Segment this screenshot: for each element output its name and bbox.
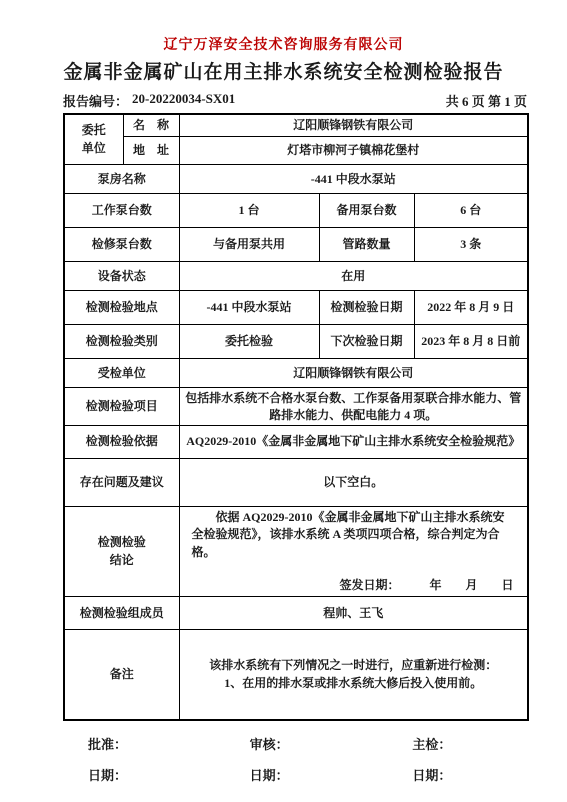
table-row: 受检单位 辽阳顺锋钢铁有限公司 [64,359,528,388]
company-name: 辽宁万泽安全技术咨询服务有限公司 [0,34,567,54]
inspection-basis-value: AQ2029-2010《金属非金属地下矿山主排水系统安全检验规范》 [179,425,528,458]
table-row: 委托 单位 名 称 辽阳顺锋钢铁有限公司 [64,114,528,137]
report-number: 报告编号： 20-20220034-SX01 [63,91,235,110]
pipelines-value: 3 条 [414,228,528,262]
next-inspection-date-value: 2023 年 8 月 8 日前 [414,325,528,359]
inspection-type-value: 委托检验 [179,325,319,359]
pump-house-value: -441 中段水泵站 [179,165,528,194]
conclusion-label: 检测检验 结论 [64,506,179,597]
table-row: 泵房名称 -441 中段水泵站 [64,165,528,194]
working-pumps-label: 工作泵台数 [64,194,179,228]
inspection-items-value: 包括排水系统不合格水泵台数、工作泵备用泵联合排水能力、管路排水能力、供配电能力 … [179,388,528,425]
working-pumps-value: 1 台 [179,194,319,228]
review-label: 审核： [218,734,373,753]
report-number-value: 20-20220034-SX01 [132,91,235,110]
client-name-label: 名 称 [123,114,179,137]
approve-date-label: 日期： [63,765,218,784]
table-row: 检测检验地点 -441 中段水泵站 检测检验日期 2022 年 8 月 9 日 [64,291,528,325]
remarks-value: 该排水系统有下列情况之一时进行，应重新进行检测： 1、在用的排水泵或排水系统大修… [179,630,528,720]
inspection-place-value: -441 中段水泵站 [179,291,319,325]
table-row: 检测检验依据 AQ2029-2010《金属非金属地下矿山主排水系统安全检验规范》 [64,425,528,458]
equipment-status-label: 设备状态 [64,262,179,291]
page-count: 共 6 页 第 1 页 [446,91,527,110]
inspection-date-label: 检测检验日期 [319,291,414,325]
report-title: 金属非金属矿山在用主排水系统安全检测检验报告 [0,57,567,84]
report-meta-row: 报告编号： 20-20220034-SX01 共 6 页 第 1 页 [63,91,527,110]
inspection-place-label: 检测检验地点 [64,291,179,325]
maintenance-pumps-value: 与备用泵共用 [179,228,319,262]
table-row: 备注 该排水系统有下列情况之一时进行，应重新进行检测： 1、在用的排水泵或排水系… [64,630,528,720]
inspection-basis-label: 检测检验依据 [64,425,179,458]
pump-house-label: 泵房名称 [64,165,179,194]
chief-date-label: 日期： [372,765,527,784]
conclusion-sign-date: 签发日期： 年 月 日 [192,577,516,594]
report-number-label: 报告编号： [63,91,128,110]
next-inspection-date-label: 下次检验日期 [319,325,414,359]
table-row: 检测检验项目 包括排水系统不合格水泵台数、工作泵备用泵联合排水能力、管路排水能力… [64,388,528,425]
team-label: 检测检验组成员 [64,597,179,630]
problems-value: 以下空白。 [179,458,528,506]
maintenance-pumps-label: 检修泵台数 [64,228,179,262]
table-row: 存在问题及建议 以下空白。 [64,458,528,506]
report-table: 委托 单位 名 称 辽阳顺锋钢铁有限公司 地 址 灯塔市柳河子镇棉花堡村 泵房名… [63,113,529,721]
client-unit-label: 委托 单位 [64,114,123,165]
conclusion-text: 依据 AQ2029-2010《金属非金属地下矿山主排水系统安全检验规范》，该排水… [192,509,516,561]
table-row: 设备状态 在用 [64,262,528,291]
inspected-unit-label: 受检单位 [64,359,179,388]
client-name-value: 辽阳顺锋钢铁有限公司 [179,114,528,137]
equipment-status-value: 在用 [179,262,528,291]
sign-row: 批准： 审核： 主检： [63,734,527,753]
conclusion-body: 依据 AQ2029-2010《金属非金属地下矿山主排水系统安全检验规范》，该排水… [184,509,524,595]
approve-label: 批准： [63,734,218,753]
inspection-items-label: 检测检验项目 [64,388,179,425]
table-row: 工作泵台数 1 台 备用泵台数 6 台 [64,194,528,228]
table-row: 地 址 灯塔市柳河子镇棉花堡村 [64,137,528,165]
table-row: 检测检验 结论 依据 AQ2029-2010《金属非金属地下矿山主排水系统安全检… [64,506,528,597]
date-row: 日期： 日期： 日期： [63,765,527,784]
inspection-type-label: 检测检验类别 [64,325,179,359]
inspected-unit-value: 辽阳顺锋钢铁有限公司 [179,359,528,388]
backup-pumps-value: 6 台 [414,194,528,228]
pipelines-label: 管路数量 [319,228,414,262]
client-addr-value: 灯塔市柳河子镇棉花堡村 [179,137,528,165]
review-date-label: 日期： [218,765,373,784]
report-page: 辽宁万泽安全技术咨询服务有限公司 金属非金属矿山在用主排水系统安全检测检验报告 … [0,0,567,802]
table-row: 检测检验组成员 程帅、王飞 [64,597,528,630]
remarks-label: 备注 [64,630,179,720]
inspection-date-value: 2022 年 8 月 9 日 [414,291,528,325]
table-row: 检修泵台数 与备用泵共用 管路数量 3 条 [64,228,528,262]
team-value: 程帅、王飞 [179,597,528,630]
backup-pumps-label: 备用泵台数 [319,194,414,228]
signature-footer: 批准： 审核： 主检： 日期： 日期： 日期： [63,734,527,784]
table-row: 检测检验类别 委托检验 下次检验日期 2023 年 8 月 8 日前 [64,325,528,359]
problems-label: 存在问题及建议 [64,458,179,506]
chief-inspector-label: 主检： [372,734,527,753]
client-addr-label: 地 址 [123,137,179,165]
